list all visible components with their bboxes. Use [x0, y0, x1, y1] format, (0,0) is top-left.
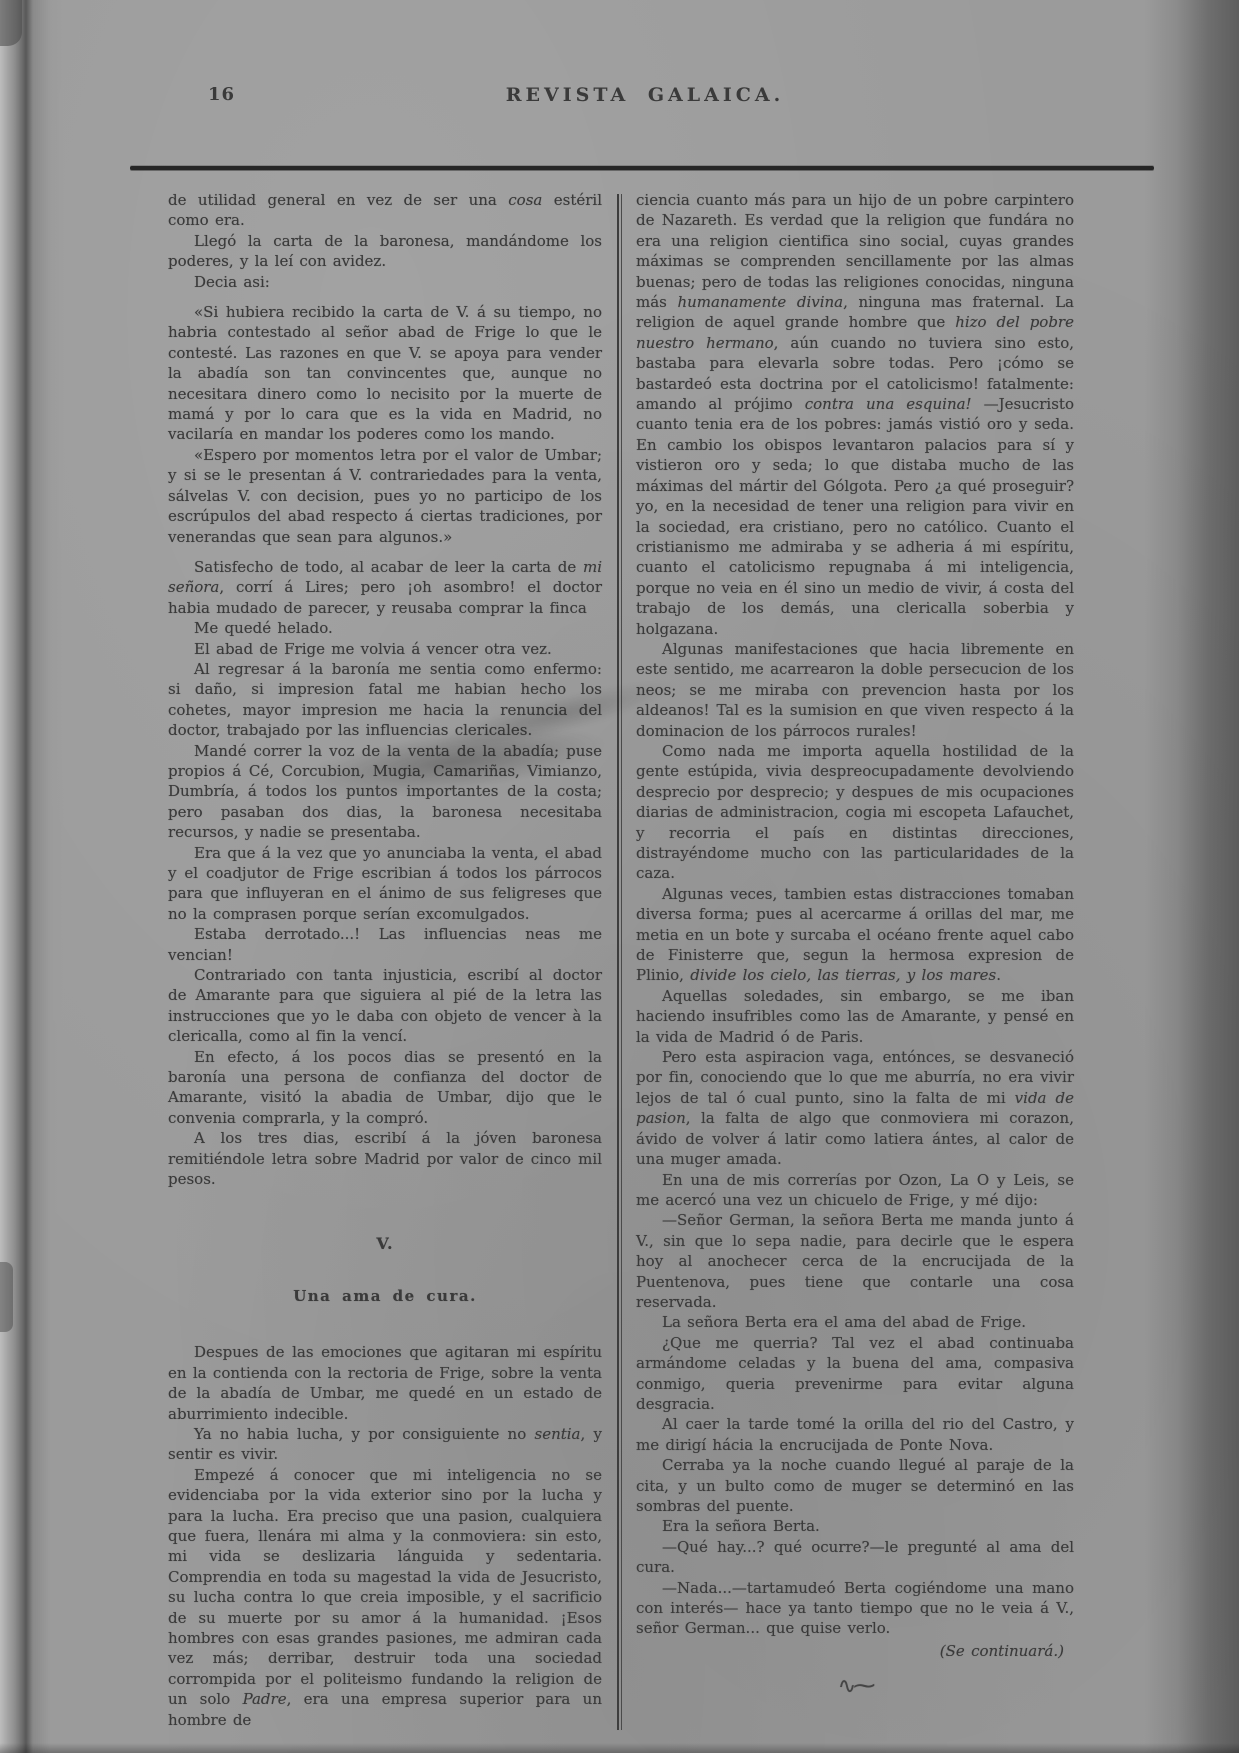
paragraph: Decia asi: [168, 272, 602, 292]
paragraph: En efecto, á los pocos dias se presentó … [168, 1047, 602, 1129]
paragraph: Pero esta aspiracion vaga, entónces, se … [636, 1047, 1074, 1169]
paragraph: Ya no habia lucha, y por consiguiente no… [168, 1424, 602, 1465]
paragraph: de utilidad general en vez de ser una co… [168, 190, 602, 231]
page-edge-shadow [1144, 0, 1239, 1753]
paragraph: Era la señora Berta. [636, 1516, 1074, 1536]
paragraph: El abad de Frige me volvia á vencer otra… [168, 639, 602, 659]
continuation-notice: (Se continuará.) [636, 1641, 1074, 1661]
paragraph: En una de mis correrías por Ozon, La O y… [636, 1170, 1074, 1211]
header-rule [130, 166, 1154, 170]
paragraph: Al regresar á la baronía me sentia como … [168, 659, 602, 741]
scanned-page: 16 REVISTA GALAICA. de utilidad general … [0, 0, 1239, 1753]
paragraph: Era que á la vez que yo anunciaba la ven… [168, 843, 602, 925]
section-title: Una ama de cura. [168, 1286, 602, 1306]
journal-title: REVISTA GALAICA. [135, 84, 1155, 106]
paragraph: «Si hubiera recibido la carta de V. á su… [168, 302, 602, 445]
chapter-heading: V. [168, 1234, 602, 1254]
binding-crease-shadow [0, 0, 64, 1753]
scan-corner-mark [0, 0, 22, 46]
paragraph: Me quedé helado. [168, 618, 602, 638]
text-columns: de utilidad general en vez de ser una co… [168, 190, 1076, 1730]
paragraph: La señora Berta era el ama del abad de F… [636, 1312, 1074, 1332]
paragraph: «Espero por momentos letra por el valor … [168, 445, 602, 547]
paragraph: Estaba derrotado...! Las influencias nea… [168, 924, 602, 965]
paragraph: —Nada...—tartamudeó Berta cogiéndome una… [636, 1578, 1074, 1639]
paragraph: —Señor German, la señora Berta me manda … [636, 1210, 1074, 1312]
paragraph: Cerraba ya la noche cuando llegué al par… [636, 1455, 1074, 1516]
bottom-edge-shadow [0, 1743, 1239, 1753]
paragraph: —Qué hay...? qué ocurre?—le pregunté al … [636, 1537, 1074, 1578]
paragraph: Al caer la tarde tomé la orilla del rio … [636, 1414, 1074, 1455]
paragraph: Como nada me importa aquella hostilidad … [636, 741, 1074, 884]
paragraph: Algunas manifestaciones que hacia librem… [636, 639, 1074, 741]
end-ornament: ∿⁓ [636, 1677, 1074, 1697]
scan-edge-mark [0, 1262, 13, 1332]
paragraph: Algunas veces, tambien estas distraccion… [636, 884, 1074, 986]
paragraph: ciencia cuanto más para un hijo de un po… [636, 190, 1074, 639]
paragraph: A los tres dias, escribí á la jóven baro… [168, 1128, 602, 1189]
column-divider [617, 194, 622, 1730]
paragraph: ¿Que me querria? Tal vez el abad continu… [636, 1333, 1074, 1415]
paragraph: Empezé á conocer que mi inteligencia no … [168, 1465, 602, 1730]
column-right: ciencia cuanto más para un hijo de un po… [636, 190, 1074, 1730]
paragraph: Mandé correr la voz de la venta de la ab… [168, 741, 602, 843]
paragraph: Llegó la carta de la baronesa, mandándom… [168, 231, 602, 272]
paragraph: Contrariado con tanta injusticia, escrib… [168, 965, 602, 1047]
paragraph: Satisfecho de todo, al acabar de leer la… [168, 557, 602, 618]
paragraph: Aquellas soledades, sin embargo, se me i… [636, 986, 1074, 1047]
paragraph: Despues de las emociones que agitaran mi… [168, 1342, 602, 1424]
column-left: de utilidad general en vez de ser una co… [168, 190, 602, 1730]
